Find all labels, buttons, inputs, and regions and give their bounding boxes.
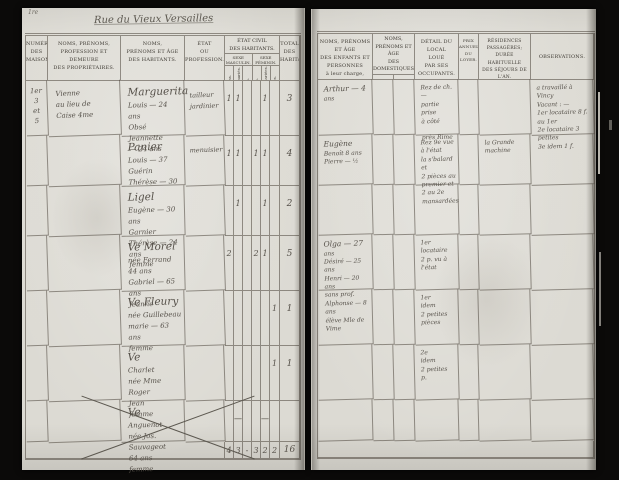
- etat-profession-cell: tailleur jardinier: [184, 80, 226, 136]
- civil-count-cell: 1: [261, 81, 270, 136]
- habitants-cell: Ve Morel née Ferrand 44 ans Gabriel — 65…: [120, 235, 185, 292]
- civil-count-cell: [252, 401, 261, 442]
- detail-local-cell: 2e idem 2 petites p.: [414, 344, 459, 400]
- col-header-residences: RÉSIDENCES PASSAGÈRES; DURÉE HABITUELLE …: [479, 34, 531, 80]
- civil-count-cell: [252, 291, 261, 346]
- civil-count-cell: 1: [225, 136, 234, 186]
- sexe-masculin-header: SEXE MASCULIN.: [225, 54, 252, 65]
- habitants-cell: Marguerita Louis — 24 ans Obsé Jeannette…: [120, 80, 185, 137]
- civil-count-cell: 2: [252, 236, 261, 291]
- page-edge-highlight: [598, 92, 600, 174]
- civil-count-cell: [270, 136, 280, 186]
- house-number-cell: [25, 186, 49, 237]
- detail-local-cell: 1er locataire 2 p. vu à l'état: [414, 234, 459, 290]
- civil-count-cell: [243, 136, 252, 186]
- civil-count-cell: [243, 186, 252, 236]
- observations-cell: [530, 184, 594, 236]
- col-header-numeros: NUMÉROS DES MAISONS.: [26, 36, 48, 81]
- sexe-subheaders: SEXE MASCULIN. SEXE FÉMININ.: [225, 53, 279, 65]
- enfants-cell: [317, 344, 373, 400]
- house-number-cell: 1er 3 et 5: [25, 81, 49, 137]
- etat-profession-cell: [184, 400, 225, 442]
- residences-cell: [478, 234, 531, 290]
- column-sum-cell: -: [243, 442, 252, 459]
- civil-count-cell: [252, 186, 261, 236]
- domestiques-males-cell: [372, 345, 394, 401]
- col-header-enfants: NOMS, PRÉNOMS ET ÂGE DES ENFANTS ET PERS…: [318, 34, 373, 80]
- house-number-cell: [25, 291, 49, 347]
- col-header-etat-civil-group: ÉTAT CIVIL DES HABITANTS. SEXE MASCULIN.…: [225, 36, 280, 81]
- civil-count-cell: —: [261, 401, 270, 442]
- column-sum-cell: 2: [261, 442, 270, 459]
- etat-profession-cell: [184, 345, 226, 401]
- corner-pencil-mark: 1re: [28, 9, 38, 16]
- column-sum-cell: 2: [270, 442, 280, 459]
- civil-count-cell: [243, 291, 252, 346]
- prix-cell: [458, 135, 479, 186]
- civil-count-cell: 1: [270, 346, 280, 401]
- civil-count-cell: 1: [234, 81, 243, 136]
- habitants-cell-crossed: Ve Anguenot née Jos. Sauvageot 64 ans fe…: [120, 400, 185, 443]
- domestiques-males-cell: [372, 290, 394, 346]
- domestiques-femelles-cell: [393, 400, 415, 442]
- civil-col-femmes-mariees: Femmes mariées.: [263, 66, 268, 81]
- page-edge-highlight: [609, 120, 612, 130]
- residences-cell: [478, 184, 531, 235]
- observations-cell: [530, 134, 594, 186]
- proprietaire-cell: Vienne au lieu de Caise 4me: [47, 80, 122, 138]
- habitants-cell: Ve Charlet née Mme Roger Jean femme: [120, 345, 185, 402]
- civil-count-cell: 2: [225, 236, 234, 291]
- enfants-cell: Olga — 27 ans Désiré — 25 ans Henri — 20…: [317, 234, 373, 290]
- observations-cell: [530, 234, 594, 291]
- enfants-cell: [317, 184, 373, 235]
- col-header-observations: OBSERVATIONS.: [531, 34, 594, 80]
- col-header-habitants: NOMS, PRÉNOMS ET ÂGE DES HABITANTS.: [121, 36, 185, 81]
- etat-civil-title: ÉTAT CIVIL DES HABITANTS.: [225, 36, 279, 53]
- detail-local-cell: 1er idem 2 petites pièces: [414, 289, 459, 345]
- civil-count-cell: [261, 346, 270, 401]
- enfants-cell: Eugène Benoît 8 ans Pierre — ½: [317, 134, 373, 185]
- domestiques-males-cell: [372, 235, 394, 291]
- domestiques-femelles-cell: [393, 80, 415, 136]
- enfants-cell: [317, 399, 373, 441]
- residences-cell: [478, 79, 531, 135]
- proprietaire-cell: [47, 135, 122, 188]
- detail-local-cell: Rez 9e vue à l'état la s'balard et 2 piè…: [414, 134, 459, 185]
- civil-count-cell: [243, 236, 252, 291]
- proprietaire-cell: [47, 290, 122, 348]
- civil-count-cell: [225, 186, 234, 236]
- house-number-cell: [25, 401, 48, 443]
- domestiques-males-cell: [372, 185, 394, 236]
- civil-col-hommes-maries: Hommes mariés.: [236, 67, 241, 81]
- totals-row-empty: [318, 441, 594, 458]
- civil-count-cell: [234, 346, 243, 401]
- etat-profession-cell: [184, 185, 226, 236]
- civil-count-cell: [234, 291, 243, 346]
- civil-count-cell: 1: [252, 136, 261, 186]
- col-header-etat: ÉTAT OU PROFESSION.: [185, 36, 225, 81]
- civil-count-cell: 1: [261, 236, 270, 291]
- street-title-handwritten: Rue du Vieux Versailles: [94, 13, 224, 26]
- civil-count-cell: [270, 401, 280, 442]
- census-table-left: NUMÉROS DES MAISONS. NOMS, PRÉNOMS, PROF…: [25, 35, 301, 460]
- observations-cell: [530, 399, 594, 442]
- domestiques-femelles-cell: [393, 290, 415, 346]
- residences-cell: [478, 344, 531, 400]
- domestiques-femelles-cell: [393, 235, 415, 291]
- column-sum-cell: 4: [225, 442, 234, 459]
- etat-profession-cell: [184, 290, 226, 346]
- col-header-proprietaires: NOMS, PRÉNOMS, PROFESSION ET DEMEURE DES…: [48, 36, 121, 81]
- census-table-right: NOMS, PRÉNOMS ET ÂGE DES ENFANTS ET PERS…: [317, 33, 595, 459]
- etat-profession-cell: menuisier: [184, 135, 226, 186]
- etat-profession-cell: [184, 235, 226, 291]
- prix-cell: [458, 345, 479, 401]
- habitants-cell: Panier Louis — 37 Guérin Thérèse — 30: [120, 135, 185, 187]
- domestiques-femelles-cell: [393, 345, 415, 401]
- right-page: NOMS, PRÉNOMS ET ÂGE DES ENFANTS ET PERS…: [311, 9, 596, 470]
- habitants-cell: Ve Fleury née Guillebeau marie — 63 ans …: [120, 290, 185, 347]
- habitants-cell: Ligel Eugène — 30 ans Garnier Thérèse — …: [120, 185, 185, 237]
- civil-count-cell: [234, 236, 243, 291]
- civil-count-cell: [243, 81, 252, 136]
- detail-local-cell: [414, 184, 459, 235]
- column-sum-cell: 3: [234, 442, 243, 459]
- prix-cell: [458, 400, 479, 442]
- proprietaire-cell: [47, 235, 122, 293]
- residences-cell: [478, 399, 531, 441]
- civil-count-cell: [225, 401, 234, 442]
- proprietaire-cell: [47, 400, 121, 444]
- observations-cell: [530, 289, 594, 346]
- enfants-cell: Arthur — 4 ans: [317, 79, 373, 135]
- prix-cell: [458, 290, 479, 346]
- civil-count-cell: [252, 81, 261, 136]
- domestiques-males-cell: [372, 400, 394, 442]
- observations-cell: a travaillé à Vincy Vacant : — 1er locat…: [530, 79, 594, 136]
- civil-count-cell: [270, 81, 280, 136]
- civil-count-cell: [270, 186, 280, 236]
- prix-cell: [458, 235, 479, 291]
- col-header-domestiques-group: NOMS, PRÉNOMS ET ÂGE DES DOMESTIQUES. Mâ…: [373, 34, 415, 80]
- enfants-cell: [317, 289, 373, 345]
- proprietaire-cell: [47, 185, 122, 238]
- page-edge-highlight: [599, 252, 601, 326]
- column-sum-cell: 3: [252, 442, 261, 459]
- domestiques-males-cell: [372, 135, 394, 186]
- domestiques-femelles-cell: [393, 185, 415, 236]
- civil-count-cell: 1: [234, 136, 243, 186]
- civil-count-cell: [243, 346, 252, 401]
- civil-subcolumn-labels: Garçons. Hommes mariés. Veufs. Filles. F…: [225, 65, 279, 81]
- civil-count-cell: [270, 236, 280, 291]
- civil-count-cell: [261, 291, 270, 346]
- observations-cell: [530, 344, 594, 401]
- left-page: 1re Rue du Vieux Versailles NUMÉROS DES …: [22, 8, 305, 470]
- col-header-detail-local: DÉTAIL DU LOCAL LOUÉ PAR SES OCCUPANTS.: [415, 34, 459, 80]
- civil-count-cell: 1: [261, 186, 270, 236]
- residences-cell: la Grande machine: [478, 134, 531, 185]
- house-number-cell: [25, 136, 49, 187]
- scanned-census-register: 1re Rue du Vieux Versailles NUMÉROS DES …: [0, 0, 619, 480]
- civil-count-cell: 1: [261, 136, 270, 186]
- civil-count-cell: [225, 291, 234, 346]
- civil-count-cell: [225, 346, 234, 401]
- civil-count-cell: [252, 346, 261, 401]
- domestiques-femelles-cell: [393, 135, 415, 186]
- totals-row-spacer: [26, 442, 225, 459]
- detail-local-cell: [414, 399, 459, 441]
- prix-cell: [458, 185, 479, 236]
- domestiques-title: NOMS, PRÉNOMS ET ÂGE DES DOMESTIQUES.: [373, 34, 414, 74]
- sexe-feminin-header: SEXE FÉMININ.: [252, 54, 280, 65]
- col-header-prix: PRIX ANNUEL DU LOYER.: [459, 34, 479, 80]
- civil-count-cell: 1: [270, 291, 280, 346]
- civil-count-cell: [243, 401, 252, 442]
- house-number-cell: [25, 236, 49, 292]
- civil-count-cell: 1: [225, 81, 234, 136]
- civil-count-cell: 1: [234, 186, 243, 236]
- detail-local-cell: Rez de ch. — partie prise à côté près Ri…: [414, 79, 459, 135]
- prix-cell: [458, 80, 479, 136]
- civil-count-cell: —: [234, 401, 243, 442]
- domestiques-males-cell: [372, 80, 394, 136]
- proprietaire-cell: [47, 345, 122, 403]
- house-number-cell: [25, 346, 49, 402]
- residences-cell: [478, 289, 531, 345]
